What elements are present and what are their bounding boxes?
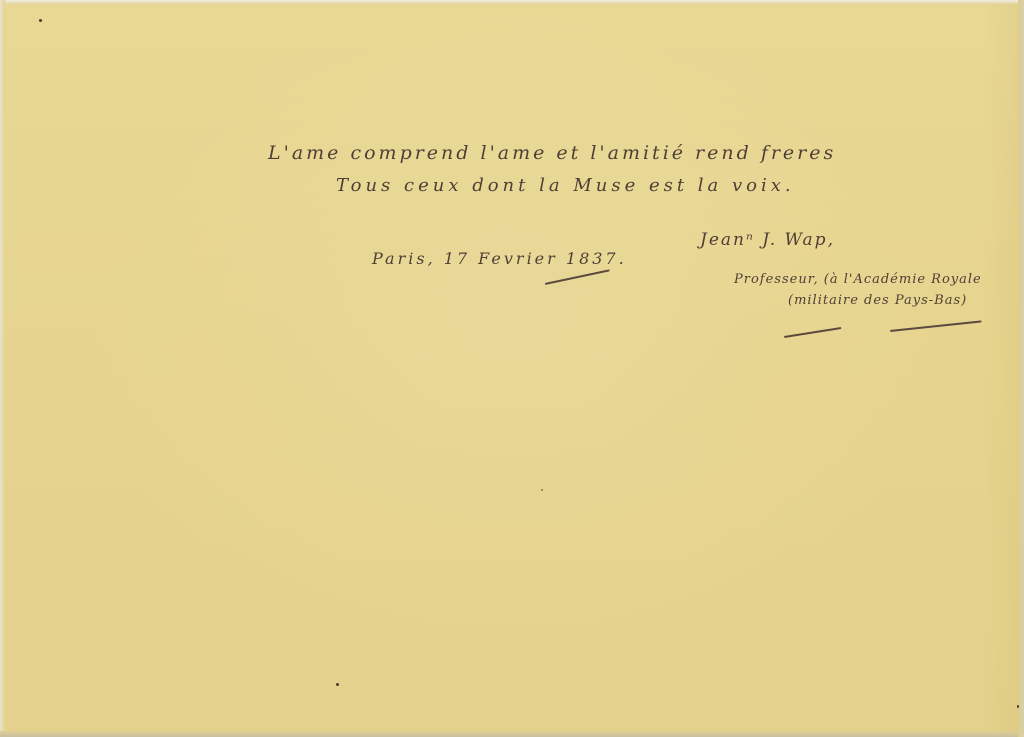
paper-speck [1017,705,1019,708]
paper-speck [336,683,339,686]
paper-edge-right [1018,0,1024,737]
dateline: Paris, 17 Fevrier 1837. [372,249,627,268]
signature-name: Jeanⁿ J. Wap, [700,230,835,250]
verse-line-1: L'ame comprend l'ame et l'amitié rend fr… [268,142,836,164]
paper-edge-top [0,0,1024,4]
verse-line-2: Tous ceux dont la Muse est la voix. [336,175,795,196]
paper-speck [39,19,42,22]
signature-title-line-2: (militaire des Pays-Bas) [788,293,967,308]
paper-speck [541,489,543,491]
signature-flourish-left [784,327,842,338]
paper-edge-left [0,0,5,737]
dateline-flourish [545,269,610,284]
signature-title-line-1: Professeur, (à l'Académie Royale [734,272,982,287]
paper-edge-bottom [0,731,1024,737]
manuscript-page: L'ame comprend l'ame et l'amitié rend fr… [0,0,1024,737]
signature-flourish-right [890,320,982,331]
